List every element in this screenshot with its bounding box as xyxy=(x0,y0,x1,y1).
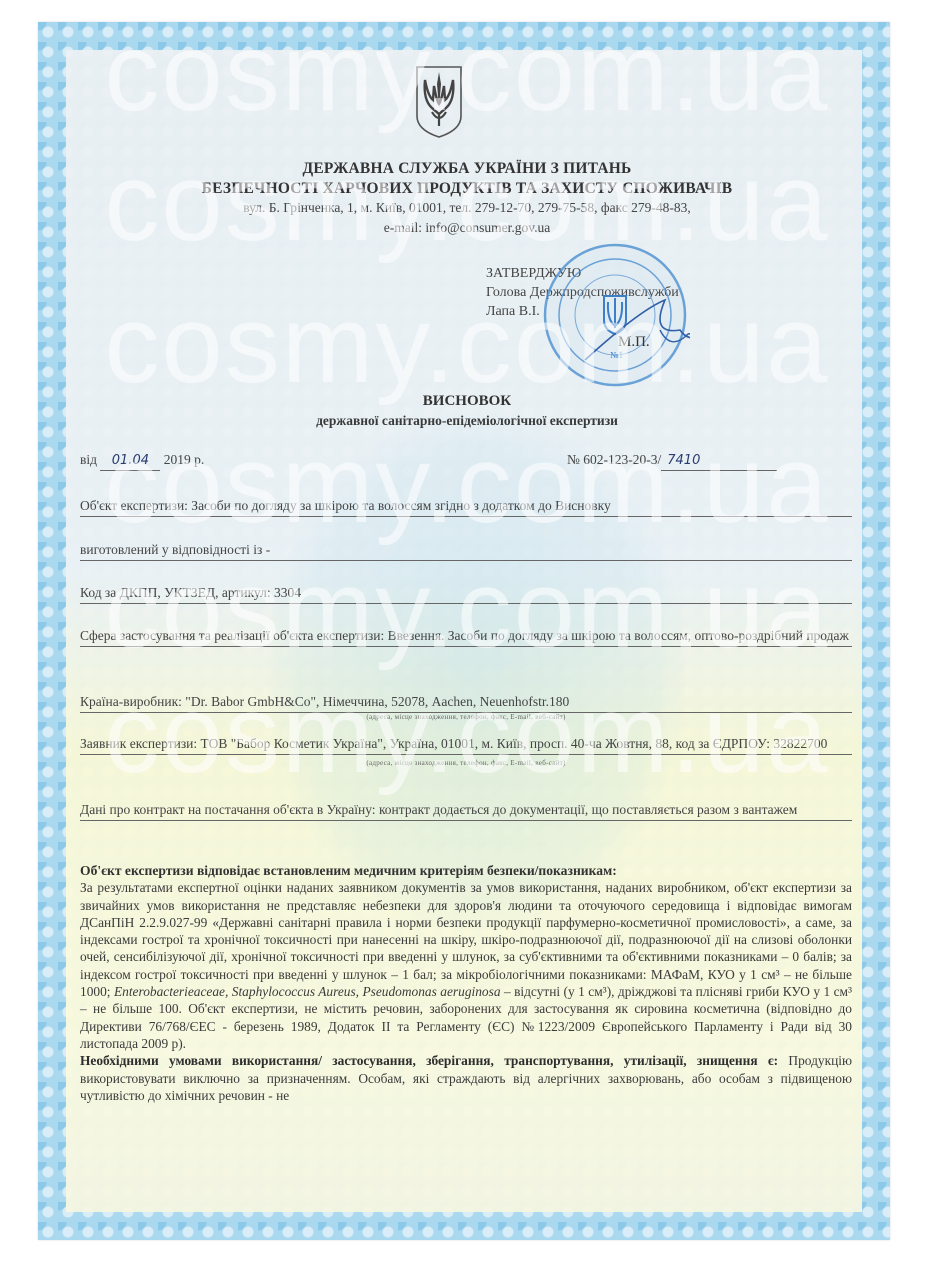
field-contract: Дані про контракт на постачання об'єкта … xyxy=(80,801,852,821)
field-code: Код за ДКПП, УКТЗЕД, артикул: 3304 xyxy=(80,585,852,604)
conditions-heading: Необхідними умовами використання/ застос… xyxy=(80,1053,778,1068)
applicant-text: Заявник експертизи: ТОВ "Бабор Косметик … xyxy=(80,735,852,755)
date-number-row: від 01.04 2019 р. № 602-123-20-3/7410 xyxy=(80,452,852,471)
document-title: ВИСНОВОК xyxy=(0,393,934,410)
criteria-heading: Об'єкт експертизи відповідає встановлени… xyxy=(80,862,852,879)
seal-label: М.П. xyxy=(618,334,650,350)
date-prefix: від xyxy=(80,452,97,467)
agency-header-line2-wrap: БЕЗПЕЧНОСТІ ХАРЧОВИХ ПРОДУКТІВ ТА ЗАХИСТ… xyxy=(0,180,934,198)
agency-name-line2: БЕЗПЕЧНОСТІ ХАРЧОВИХ ПРОДУКТІВ ТА ЗАХИСТ… xyxy=(0,180,934,198)
document-title-wrap: ВИСНОВОК xyxy=(0,393,934,410)
date-handwritten: 01.04 xyxy=(100,453,160,471)
object-text: Об'єкт експертизи: Засоби по догляду за … xyxy=(80,498,852,517)
document-number: № 602-123-20-3/7410 xyxy=(567,452,777,471)
agency-address: вул. Б. Грінченка, 1, м. Київ, 01001, те… xyxy=(0,200,934,216)
field-manufactured: виготовлений у відповідності із - xyxy=(80,542,852,561)
field-scope: Сфера застосування та реалізації об'єкта… xyxy=(80,627,852,647)
applicant-caption: (адреса, місце знаходження, телефон, фак… xyxy=(80,755,852,772)
agency-address-wrap: вул. Б. Грінченка, 1, м. Київ, 01001, те… xyxy=(0,200,934,216)
criteria-body-1: За результатами експертної оцінки надани… xyxy=(80,880,852,999)
scope-text: Сфера застосування та реалізації об'єкта… xyxy=(80,627,852,647)
agency-email: e-mail: info@consumer.gov.ua xyxy=(0,220,934,236)
criteria-section: Об'єкт експертизи відповідає встановлени… xyxy=(80,862,852,1104)
country-caption: (адреса, місце знаходження, телефон, фак… xyxy=(80,713,852,721)
agency-email-wrap: e-mail: info@consumer.gov.ua xyxy=(0,220,934,236)
criteria-organisms: Enterobacterieaceae, Staphylococcus Aure… xyxy=(114,984,501,999)
field-country: Країна-виробник: "Dr. Babor GmbH&Co", Ні… xyxy=(80,694,852,721)
date-suffix: 2019 р. xyxy=(164,452,205,467)
agency-header: ДЕРЖАВНА СЛУЖБА УКРАЇНИ З ПИТАНЬ xyxy=(0,160,934,178)
field-applicant: Заявник експертизи: ТОВ "Бабор Косметик … xyxy=(80,735,852,772)
manufactured-text: виготовлений у відповідності із - xyxy=(80,542,852,561)
contract-text: Дані про контракт на постачання об'єкта … xyxy=(80,801,852,821)
guilloche-rosette xyxy=(266,410,686,930)
code-text: Код за ДКПП, УКТЗЕД, артикул: 3304 xyxy=(80,585,852,604)
document-subtitle-wrap: державної санітарно-епідеміологічної екс… xyxy=(0,413,934,429)
agency-name-line1: ДЕРЖАВНА СЛУЖБА УКРАЇНИ З ПИТАНЬ xyxy=(0,160,934,178)
country-text: Країна-виробник: "Dr. Babor GmbH&Co", Ні… xyxy=(80,694,852,713)
field-object: Об'єкт експертизи: Засоби по догляду за … xyxy=(80,498,852,517)
document-subtitle: державної санітарно-епідеміологічної екс… xyxy=(0,413,934,429)
stamp-number: №1 xyxy=(610,350,623,360)
official-round-stamp-icon: №1 М.П. xyxy=(540,240,690,390)
number-handwritten: 7410 xyxy=(661,453,777,471)
number-prefix: № 602-123-20-3/ xyxy=(567,452,661,467)
ukraine-trident-icon xyxy=(414,64,464,140)
